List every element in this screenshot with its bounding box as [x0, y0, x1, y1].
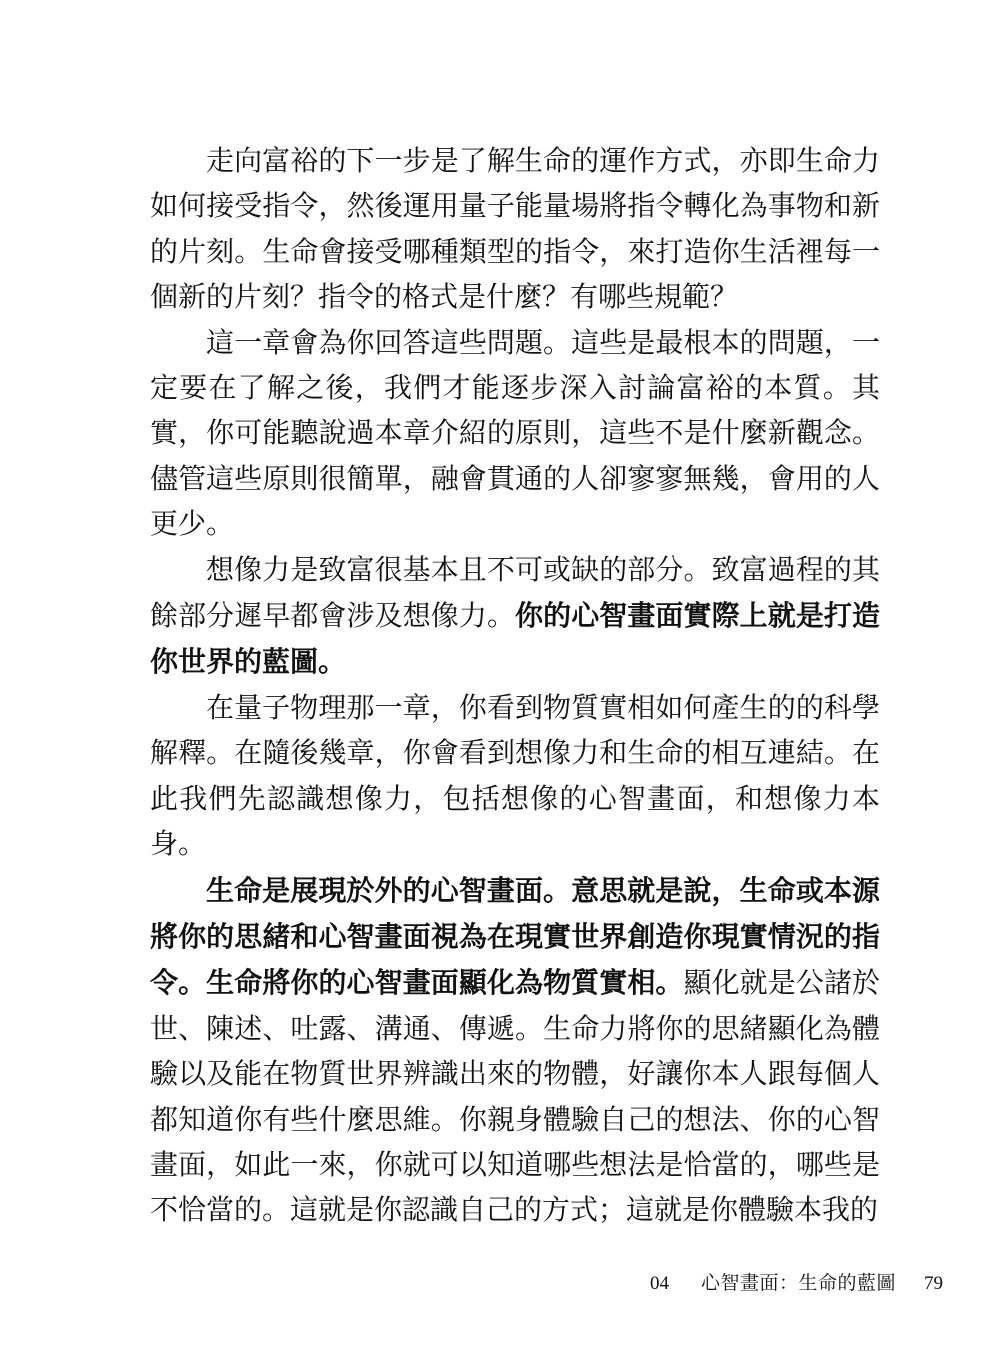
book-page: 走向富裕的下一步是了解生命的運作方式，亦即生命力如何接受指令，然後運用量子能量場… — [0, 0, 1000, 1351]
page-number: 79 — [924, 1272, 943, 1296]
paragraph: 在量子物理那一章，你看到物質實相如何產生的的科學解釋。在隨後幾章，你會看到想像力… — [150, 686, 880, 868]
chapter-number: 04 — [650, 1272, 669, 1296]
chapter-title: 心智畫面：生命的藍圖 — [701, 1272, 896, 1296]
text-block: 走向富裕的下一步是了解生命的運作方式，亦即生命力如何接受指令，然後運用量子能量場… — [150, 139, 880, 1234]
page-footer: 04 心智畫面：生命的藍圖 79 — [0, 1272, 1000, 1302]
text-run: 顯化就是公諸於世、陳述、吐露、溝通、傳遞。生命力將你的思緒顯化為體驗以及能在物質… — [150, 968, 880, 1226]
paragraph: 想像力是致富很基本且不可或缺的部分。致富過程的其餘部分遲早都會涉及想像力。你的心… — [150, 548, 880, 686]
text-run: 在量子物理那一章，你看到物質實相如何產生的的科學解釋。在隨後幾章，你會看到想像力… — [150, 693, 880, 860]
paragraph: 生命是展現於外的心智畫面。意思就是說，生命或本源將你的思緒和心智畫面視為在現實世… — [150, 868, 880, 1234]
text-run: 這一章會為你回答這些問題。這些是最根本的問題，一定要在了解之後，我們才能逐步深入… — [150, 328, 880, 541]
paragraph: 這一章會為你回答這些問題。這些是最根本的問題，一定要在了解之後，我們才能逐步深入… — [150, 321, 880, 548]
paragraph: 走向富裕的下一步是了解生命的運作方式，亦即生命力如何接受指令，然後運用量子能量場… — [150, 139, 880, 321]
text-run: 走向富裕的下一步是了解生命的運作方式，亦即生命力如何接受指令，然後運用量子能量場… — [150, 146, 880, 313]
